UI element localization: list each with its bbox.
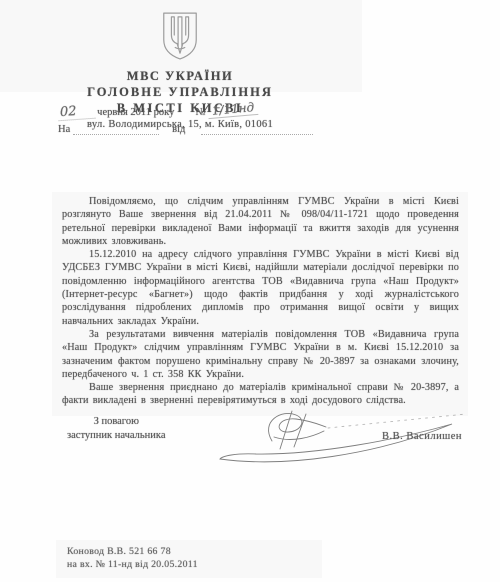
blank-field [73,123,159,135]
incoming-ref-line: на вх. № 11-нд від 20.05.2011 [67,558,198,571]
ukraine-trident-icon [159,10,201,67]
na-label: На [58,124,70,135]
date-number-line: 02 червня 2011 року № 1/11нд [58,104,378,120]
paragraph-2: 15.12.2010 на адресу слідчого управління… [62,248,459,328]
vid-label: від [172,124,185,135]
scanned-letter-page: МВС УКРАЇНИ ГОЛОВНЕ УПРАВЛІННЯ В МІСТІ К… [0,0,500,582]
closing-line1: З повагою [67,415,166,429]
blank-field [201,123,313,135]
paragraph-4: Ваше звернення приєднано до матеріалів к… [62,381,459,408]
org-name-line1: МВС УКРАЇНИ [30,69,330,84]
incoming-reference-line: На від [58,123,378,135]
closing-line2: заступник начальника [67,429,166,443]
paragraph-3: За результатами вивчення матеріалів пові… [62,328,459,381]
paragraph-1: Повідомляємо, що слідчим управлінням ГУМ… [62,195,459,248]
signer-name: В.В. Василишен [382,431,462,442]
executor-block: Коновод В.В. 521 66 78 на вх. № 11-нд ві… [67,545,198,571]
number-label: № [196,107,206,118]
handwritten-outgoing-number: 1/11нд [208,100,260,119]
executor-line: Коновод В.В. 521 66 78 [67,545,198,558]
org-name-line2: ГОЛОВНЕ УПРАВЛІННЯ [30,85,330,100]
closing-block: З повагою заступник начальника [67,415,166,443]
handwritten-day: 02 [57,103,95,122]
month-year-text: червня 2011 року [97,107,174,118]
letter-body: Повідомляємо, що слідчим управлінням ГУМ… [62,195,459,408]
